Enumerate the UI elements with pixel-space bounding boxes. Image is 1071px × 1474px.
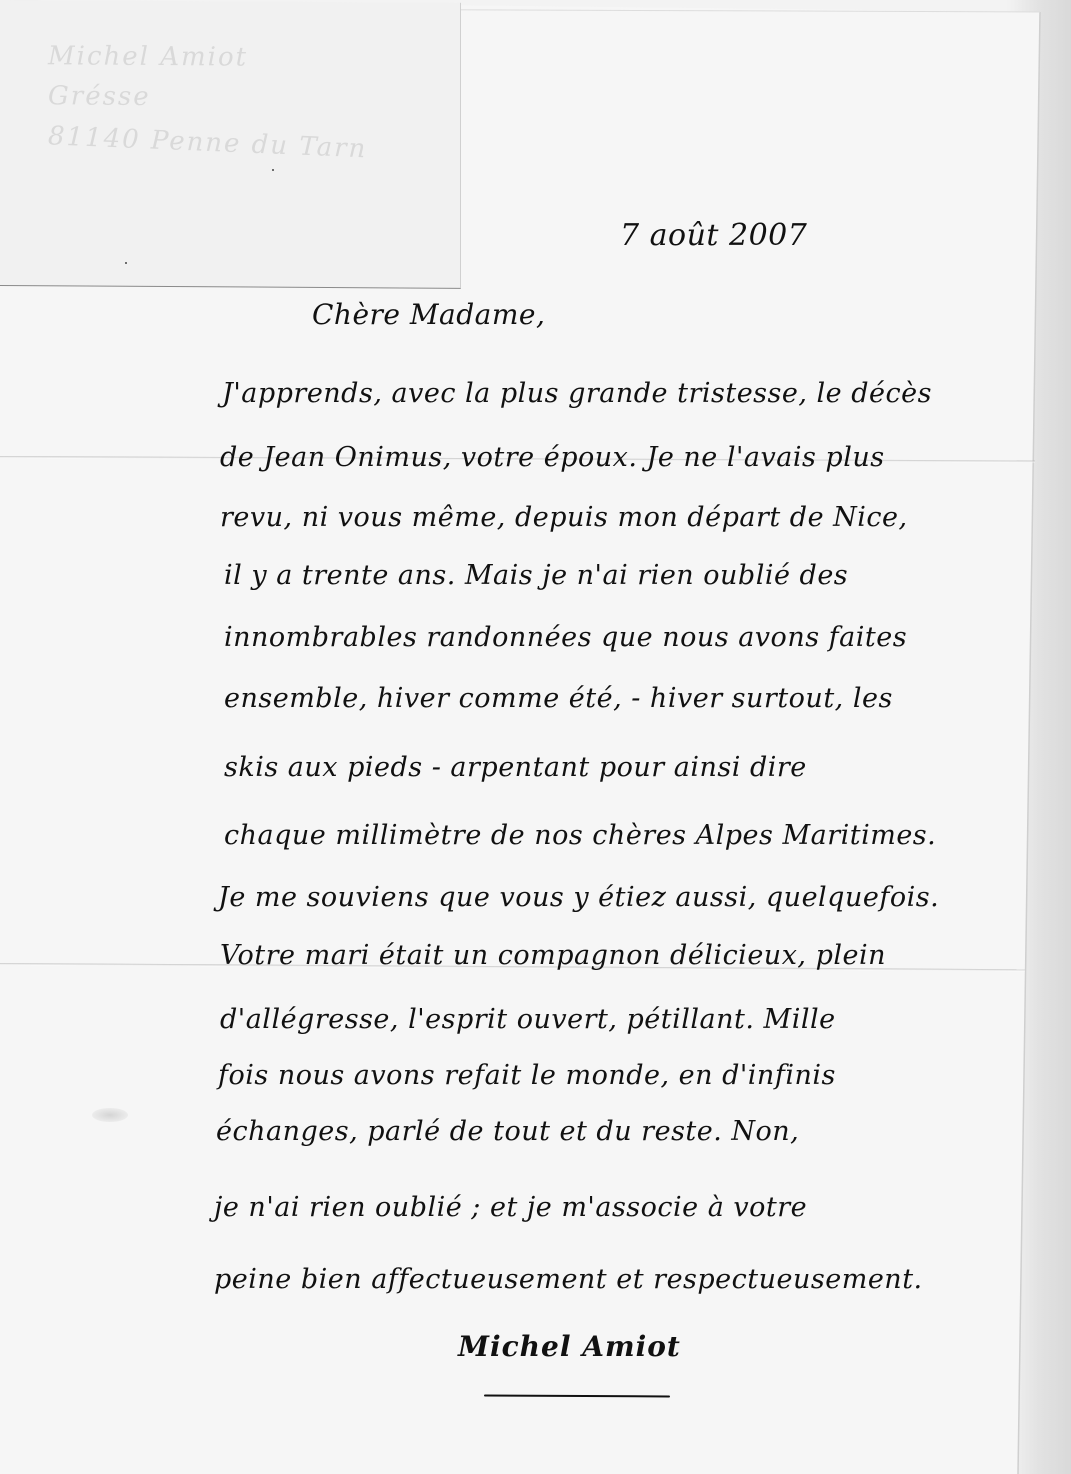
letter-line: de Jean Onimus, votre époux. Je ne l'ava… bbox=[220, 442, 885, 473]
letter-line: Je me souviens que vous y étiez aussi, q… bbox=[218, 882, 939, 913]
sender-postcode-town: 81140 Penne du Tarn bbox=[47, 116, 368, 169]
letter-date: 7 août 2007 bbox=[620, 218, 807, 253]
sender-address: Michel Amiot Grésse 81140 Penne du Tarn bbox=[48, 36, 367, 158]
letter-line: d'allégresse, l'esprit ouvert, pétillant… bbox=[220, 1004, 836, 1035]
ink-smudge bbox=[92, 1108, 128, 1122]
dust-speck bbox=[125, 262, 127, 264]
letter-line: skis aux pieds - arpentant pour ainsi di… bbox=[224, 752, 807, 783]
signature: Michel Amiot bbox=[458, 1330, 681, 1363]
letter-line: fois nous avons refait le monde, en d'in… bbox=[218, 1060, 836, 1091]
letter-line: revu, ni vous même, depuis mon départ de… bbox=[220, 502, 908, 533]
letter-line: je n'ai rien oublié ; et je m'associe à … bbox=[214, 1192, 807, 1223]
letter-line: ensemble, hiver comme été, - hiver surto… bbox=[224, 683, 893, 714]
letter-line: Votre mari était un compagnon délicieux,… bbox=[220, 940, 886, 971]
letter-line: échanges, parlé de tout et du reste. Non… bbox=[216, 1116, 799, 1147]
sender-locality: Grésse bbox=[48, 76, 367, 118]
dust-speck bbox=[272, 169, 274, 171]
address-slip: Michel Amiot Grésse 81140 Penne du Tarn bbox=[0, 0, 461, 289]
letter-line: peine bien affectueusement et respectueu… bbox=[214, 1264, 923, 1295]
letter-line: chaque millimètre de nos chères Alpes Ma… bbox=[224, 820, 936, 851]
letter-line: il y a trente ans. Mais je n'ai rien oub… bbox=[224, 560, 848, 591]
letter-salutation: Chère Madame, bbox=[312, 298, 545, 331]
letter-line: innombrables randonnées que nous avons f… bbox=[224, 622, 907, 653]
letter-line: J'apprends, avec la plus grande tristess… bbox=[222, 378, 932, 409]
sender-name: Michel Amiot bbox=[48, 36, 367, 78]
